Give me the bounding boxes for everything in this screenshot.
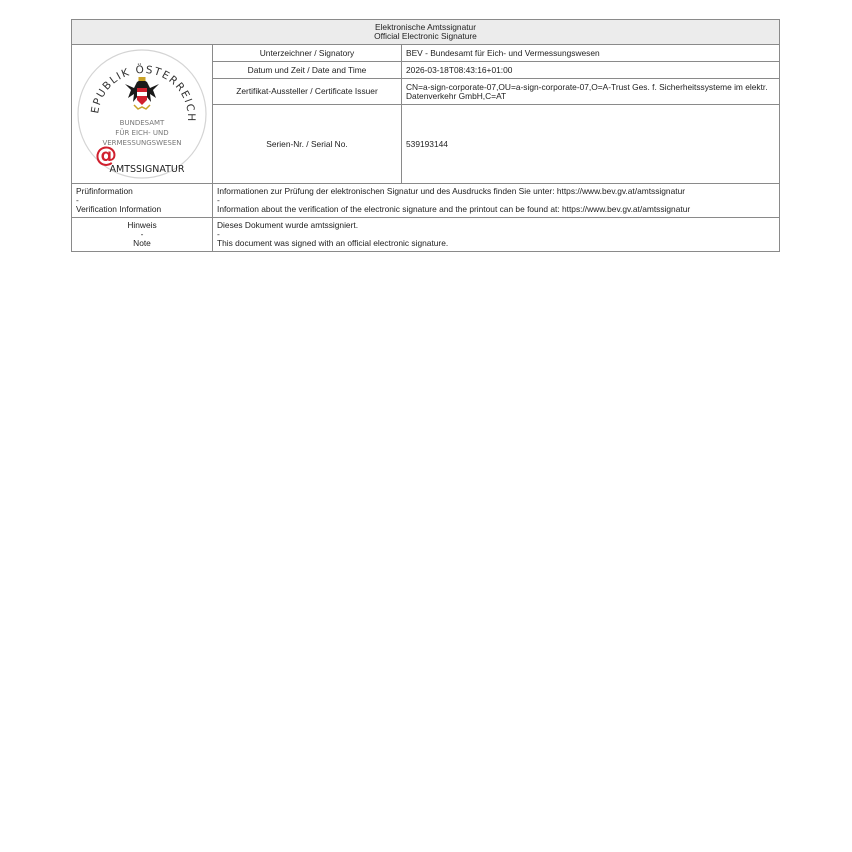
note-label: Hinweis - Note <box>72 218 213 252</box>
verification-text-de: Informationen zur Prüfung der elektronis… <box>217 187 775 196</box>
issuer-value: CN=a-sign-corporate-07,OU=a-sign-corpora… <box>402 79 780 105</box>
note-text: Dieses Dokument wurde amtssigniert. - Th… <box>213 218 780 252</box>
amtssignatur-seal-logo: REPUBLIK ÖSTERREICH BUNDESAMT FÜR EICH- … <box>76 48 208 180</box>
serial-label: Serien-Nr. / Serial No. <box>213 105 402 184</box>
verification-label-de: Prüfinformation <box>76 187 208 196</box>
header-title-en: Official Electronic Signature <box>76 32 775 41</box>
verification-text-en: Information about the verification of th… <box>217 205 775 214</box>
signatory-label: Unterzeichner / Signatory <box>213 45 402 62</box>
signature-header: Elektronische Amtssignatur Official Elec… <box>72 20 780 45</box>
signatory-value: BEV - Bundesamt für Eich- und Vermessung… <box>402 45 780 62</box>
datetime-label: Datum und Zeit / Date and Time <box>213 62 402 79</box>
seal-cell: REPUBLIK ÖSTERREICH BUNDESAMT FÜR EICH- … <box>72 45 213 184</box>
note-label-en: Note <box>76 239 208 248</box>
datetime-value: 2026-03-18T08:43:16+01:00 <box>402 62 780 79</box>
svg-text:BUNDESAMT: BUNDESAMT <box>120 119 165 127</box>
verification-label-en: Verification Information <box>76 205 208 214</box>
issuer-label: Zertifikat-Aussteller / Certificate Issu… <box>213 79 402 105</box>
note-text-de: Dieses Dokument wurde amtssigniert. <box>217 221 775 230</box>
svg-text:AMTSSIGNATUR: AMTSSIGNATUR <box>110 164 185 175</box>
serial-value: 539193144 <box>402 105 780 184</box>
svg-text:FÜR EICH- UND: FÜR EICH- UND <box>115 128 168 137</box>
verification-label: Prüfinformation - Verification Informati… <box>72 184 213 218</box>
signature-block-table: Elektronische Amtssignatur Official Elec… <box>71 19 780 252</box>
note-text-en: This document was signed with an officia… <box>217 239 775 248</box>
verification-text: Informationen zur Prüfung der elektronis… <box>213 184 780 218</box>
